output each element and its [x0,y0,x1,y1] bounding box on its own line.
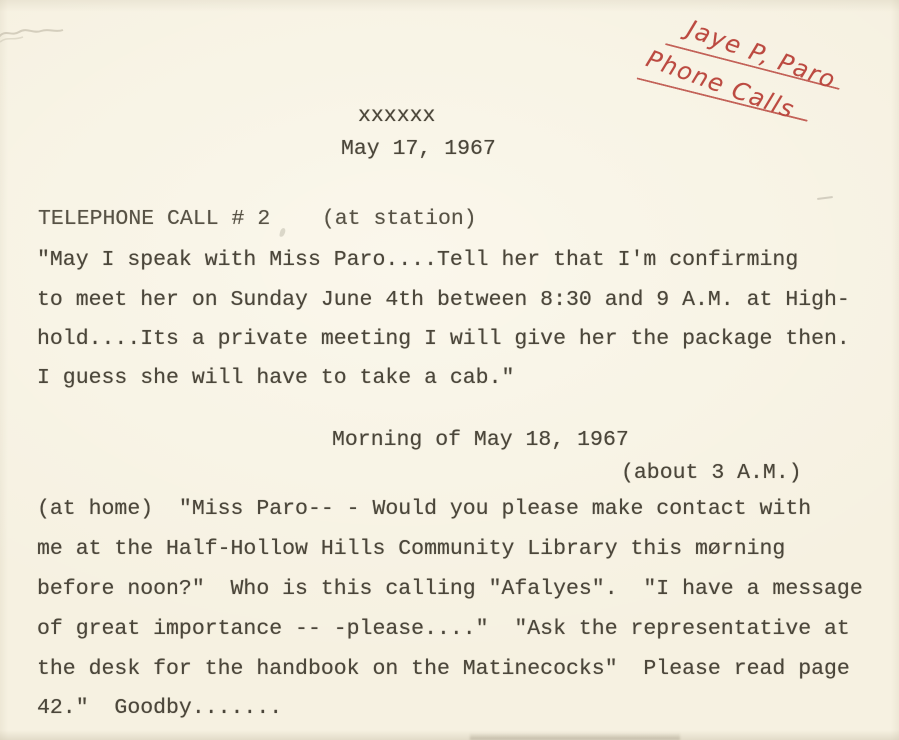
faint-ink-speck [279,228,286,238]
handwritten-annotation: Jaye P, Paro Phone Calls [599,0,895,228]
document-date: May 17, 1967 [341,139,496,161]
pencil-scribble [0,20,97,50]
call1-line-1: "May I speak with Miss Paro....Tell her … [37,250,798,272]
faint-ink-dash [817,196,833,200]
call1-line-3: hold....Its a private meeting I will giv… [37,329,850,351]
document-scan-page: { "colors": { "paper": "#f6f1e1", "typew… [0,0,899,740]
call2-heading: Morning of May 18, 1967 [332,430,629,452]
call2-line-1: (at home) "Miss Paro-- - Would you pleas… [37,499,811,521]
call1-line-2: to meet her on Sunday June 4th between 8… [37,290,850,312]
strikeout-typos: xxxxxx [358,106,435,128]
annotation-underline-2 [636,77,807,122]
call1-heading: TELEPHONE CALL # 2 (at station) [38,209,477,231]
call1-line-4: I guess she will have to take a cab." [37,368,514,390]
call2-line-2: me at the Half-Hollow Hills Community Li… [37,539,785,561]
annotation-subject: Phone Calls [643,45,799,125]
call2-time-note: (about 3 A.M.) [621,463,802,485]
call2-line-3: before noon?" Who is this calling "Afaly… [37,579,863,601]
scan-edge-smudge [470,733,680,740]
call2-line-4: of great importance -- -please...." "Ask… [37,619,850,641]
annotation-name: Jaye P, Paro [683,15,840,95]
call2-line-6: 42." Goodby....... [37,698,282,720]
annotation-underline-1 [665,43,840,90]
call2-line-5: the desk for the handbook on the Matinec… [37,659,850,681]
